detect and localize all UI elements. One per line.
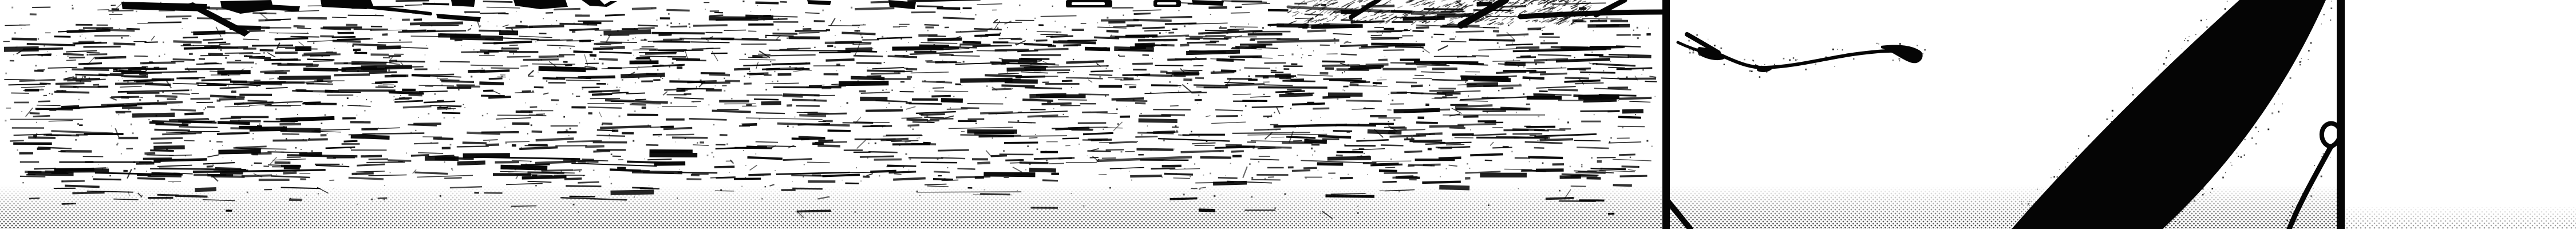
whisker-barb — [1755, 64, 1773, 72]
top-debris-blob-8 — [582, 0, 617, 7]
whisker-line — [1722, 51, 1917, 68]
sea-texture-layer — [3, 0, 1657, 219]
panel-border-right — [2337, 0, 2345, 229]
top-debris-blob-5 — [436, 14, 481, 22]
top-debris-blob-7 — [513, 0, 568, 9]
top-capsule-slot-0 — [1072, 2, 1105, 5]
top-debris-blob-6 — [451, 0, 475, 7]
panel-border-left — [1662, 0, 1670, 229]
top-debris-blob-11 — [1192, 0, 1224, 6]
manga-strip-page — [0, 0, 2576, 229]
top-debris-blob-9 — [807, 0, 831, 5]
top-capsule-slot-1 — [1157, 2, 1176, 5]
debris-tail — [366, 7, 430, 14]
shore-debris-layer — [121, 0, 1224, 37]
whisker-tip — [1881, 45, 1923, 63]
artwork-canvas — [0, 0, 2576, 229]
needle-line — [2289, 147, 2331, 229]
ink-sweep — [2012, 0, 2326, 229]
corner-streak — [1520, 12, 1662, 17]
